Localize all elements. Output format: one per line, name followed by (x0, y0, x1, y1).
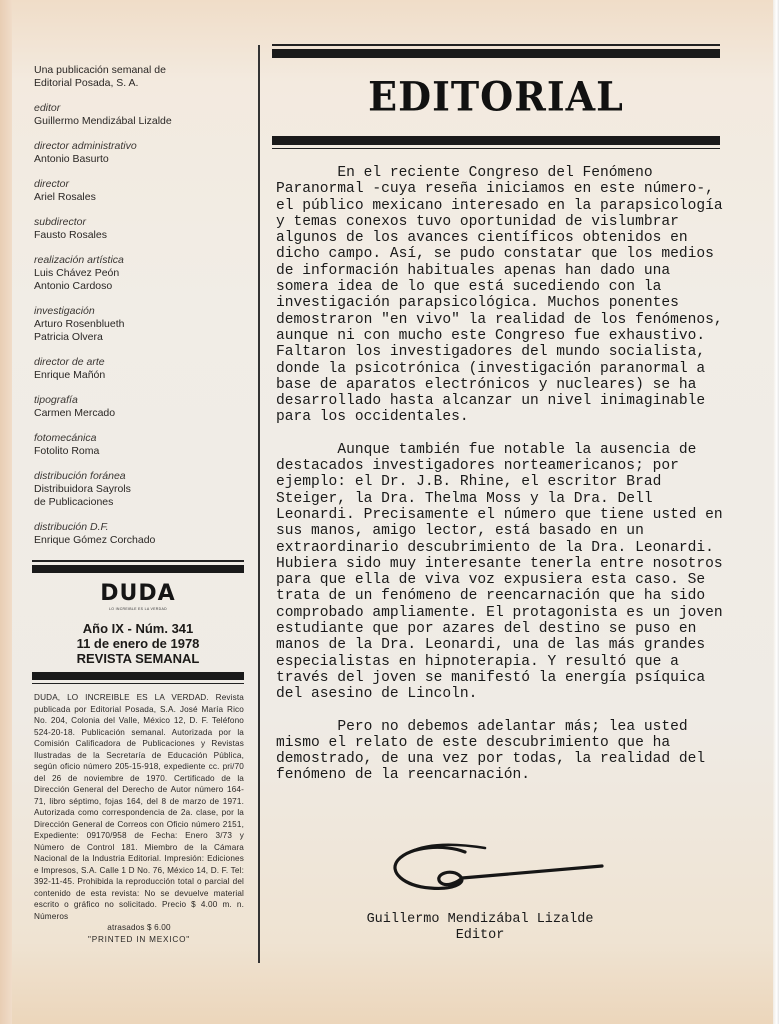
rule (272, 136, 720, 145)
credit-entry: fotomecánicaFotolito Roma (34, 432, 246, 458)
rule (32, 565, 244, 573)
editorial-title: EDITORIAL (272, 70, 720, 123)
staff-credits: Una publicación semanal de Editorial Pos… (34, 64, 246, 547)
page-edge-left (0, 0, 12, 1024)
credit-name: Luis Chávez Peón (34, 267, 246, 280)
signer-name: Guillermo Mendizábal Lizalde (280, 912, 680, 928)
credit-role: editor (34, 102, 246, 115)
rule (272, 44, 720, 46)
credit-name: Enrique Gómez Corchado (34, 534, 246, 547)
rule (32, 560, 244, 562)
credit-role: distribución D.F. (34, 521, 246, 534)
credit-entry: investigaciónArturo RosenbluethPatricia … (34, 305, 246, 344)
logo-tagline: LO INCREIBLE ES LA VERDAD (32, 607, 244, 611)
credit-role: realización artística (34, 254, 246, 267)
credit-entry: realización artísticaLuis Chávez PeónAnt… (34, 254, 246, 293)
credit-name: Carmen Mercado (34, 407, 246, 420)
credit-name: Antonio Cardoso (34, 280, 246, 293)
credit-name: Fotolito Roma (34, 445, 246, 458)
credit-name: Distribuidora Sayrols (34, 483, 246, 496)
issue-info: Año IX - Núm. 341 11 de enero de 1978 RE… (32, 621, 244, 666)
credit-role: director de arte (34, 356, 246, 369)
page-edge-right (773, 0, 779, 1024)
credit-entry: editorGuillermo Mendizábal Lizalde (34, 102, 246, 128)
signature-icon (390, 840, 610, 900)
credit-entry: director administrativoAntonio Basurto (34, 140, 246, 166)
editorial-body: En el reciente Congreso del Fenómeno Par… (276, 165, 724, 800)
credit-entry: director de arteEnrique Mañón (34, 356, 246, 382)
intro-line: Una publicación semanal de (34, 64, 246, 77)
credit-name: Guillermo Mendizábal Lizalde (34, 115, 246, 128)
legal-notice: DUDA, LO INCREIBLE ES LA VERDAD. Revista… (34, 692, 244, 945)
issue-type: REVISTA SEMANAL (32, 651, 244, 666)
credit-role: director (34, 178, 246, 191)
editorial-paragraph: En el reciente Congreso del Fenómeno Par… (276, 165, 724, 426)
credit-name: Arturo Rosenblueth (34, 318, 246, 331)
duda-logo: DUDA (32, 583, 244, 605)
credit-role: director administrativo (34, 140, 246, 153)
credit-entry: directorAriel Rosales (34, 178, 246, 204)
column-divider (258, 45, 260, 963)
credit-role: fotomecánica (34, 432, 246, 445)
rule (32, 683, 244, 684)
signer-title: Editor (280, 928, 680, 944)
editorial-paragraph: Pero no debemos adelantar más; lea usted… (276, 719, 724, 784)
issue-number: Año IX - Núm. 341 (32, 621, 244, 636)
editorial-header: EDITORIAL (272, 44, 720, 149)
credits-list: editorGuillermo Mendizábal Lizaldedirect… (34, 102, 246, 547)
credit-name: Enrique Mañón (34, 369, 246, 382)
legal-text: DUDA, LO INCREIBLE ES LA VERDAD. Revista… (34, 693, 244, 921)
signature-block: Guillermo Mendizábal Lizalde Editor (280, 912, 680, 944)
credit-name: de Publicaciones (34, 496, 246, 509)
rule (272, 49, 720, 58)
editorial-paragraph: Aunque también fue notable la ausencia d… (276, 442, 724, 703)
credit-name: Patricia Olvera (34, 331, 246, 344)
credit-role: subdirector (34, 216, 246, 229)
credit-name: Fausto Rosales (34, 229, 246, 242)
credit-role: tipografía (34, 394, 246, 407)
credit-name: Ariel Rosales (34, 191, 246, 204)
publisher-intro: Una publicación semanal de Editorial Pos… (34, 64, 246, 90)
publication-masthead: DUDA LO INCREIBLE ES LA VERDAD Año IX - … (32, 560, 244, 684)
credit-entry: subdirectorFausto Rosales (34, 216, 246, 242)
credit-role: investigación (34, 305, 246, 318)
printed-in: "PRINTED IN MEXICO" (34, 934, 244, 946)
rule (32, 672, 244, 680)
credit-role: distribución foránea (34, 470, 246, 483)
rule (272, 148, 720, 150)
credit-name: Antonio Basurto (34, 153, 246, 166)
intro-line: Editorial Posada, S. A. (34, 77, 246, 90)
issue-date: 11 de enero de 1978 (32, 636, 244, 651)
back-issue-price: atrasados $ 6.00 (34, 922, 244, 934)
credit-entry: tipografíaCarmen Mercado (34, 394, 246, 420)
credit-entry: distribución D.F.Enrique Gómez Corchado (34, 521, 246, 547)
credit-entry: distribución foráneaDistribuidora Sayrol… (34, 470, 246, 509)
